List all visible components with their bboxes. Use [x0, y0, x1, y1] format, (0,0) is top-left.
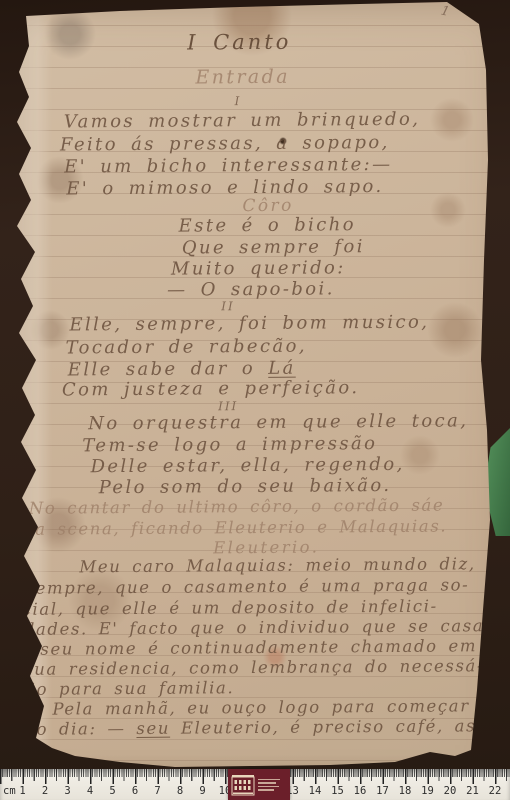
prose-line: rio para sua familia.: [20, 678, 234, 699]
ruler-number: 2: [42, 785, 48, 797]
ruler-number: 8: [177, 785, 183, 797]
verse-line: Delle estar, ella, regendo,: [90, 454, 404, 477]
ruler-number: 5: [109, 785, 115, 797]
prose-line: o dia: — seu Eleuterio, é preciso café, …: [37, 716, 510, 739]
stage-direction-line: No cantar do ultimo côro, o cordão sáe: [29, 496, 445, 518]
verse-line: No orquestra em que elle toca,: [88, 410, 468, 434]
verse-line: Feito ás pressas, a sopapo,: [60, 132, 390, 156]
roman-numeral-2: II: [221, 299, 235, 313]
verse-text: Elle sabe dar o: [68, 358, 269, 381]
ruler-number: 3: [64, 785, 70, 797]
verse-line: E' o mimoso e lindo sapo.: [66, 176, 383, 199]
verse-line: Pelo som do seu baixão.: [99, 475, 392, 498]
verse-line: E' um bicho interessante:—: [64, 154, 393, 178]
verse-line: Vamos mostrar um brinquedo,: [64, 109, 421, 133]
prose-text: Eleuterio, é preciso café, assuca: [170, 716, 510, 738]
underlined-word: seu: [136, 719, 170, 738]
archive-building-icon: [231, 774, 255, 796]
ruler-number: 20: [444, 785, 457, 797]
ruler-number: 22: [489, 785, 502, 797]
photographed-manuscript-scan: 1 I Canto Entrada I Vamos mostrar um bri…: [0, 0, 510, 800]
prose-line: Pela manhã, eu ouço logo para começar: [52, 696, 469, 718]
verse-line: Com justeza e perfeição.: [62, 377, 360, 400]
prose-line: o seu nome é continuadamente chamado em: [18, 636, 477, 659]
chorus-line: Que sempre foi: [182, 236, 365, 258]
handwritten-text: 1 I Canto Entrada I Vamos mostrar um bri…: [0, 0, 510, 800]
canto-title: I Canto: [187, 30, 291, 55]
ruler-number: 18: [399, 785, 412, 797]
entrada-heading: Entrada: [195, 66, 290, 89]
ruler-number: 14: [309, 785, 322, 797]
ruler-number: 15: [331, 785, 344, 797]
verse-line: Tem-se logo a impressão: [82, 433, 377, 456]
prose-line: cial, que elle é um deposito de infelici…: [22, 597, 438, 619]
chorus-line: Este é o bicho: [179, 214, 356, 236]
manuscript-page: 1 I Canto Entrada I Vamos mostrar um bri…: [0, 0, 510, 800]
chorus-line: Muito querido:: [171, 257, 346, 279]
prose-line: dades. E' facto que o individuo que se c…: [24, 616, 485, 639]
measurement-ruler: cm 1 2 3 4 5 6 7 8 9 10 13 14 15 16 17 1…: [0, 769, 510, 800]
ruler-number: 21: [466, 785, 479, 797]
archive-logo-text-lines: [258, 779, 287, 791]
speaker-name: Eleuterio.: [213, 537, 319, 557]
ruler-number: 16: [354, 785, 367, 797]
chorus-line: — O sapo-boi.: [167, 278, 335, 300]
roman-numeral-1: I: [235, 94, 242, 108]
ruler-number: 19: [421, 785, 434, 797]
prose-line: sua residencia, como lembrança do necess…: [24, 656, 484, 679]
ruler-number: 9: [199, 785, 205, 797]
ruler-unit-label: cm: [3, 785, 16, 797]
ruler-number: 1: [19, 785, 25, 797]
prose-text: o dia: —: [37, 719, 137, 739]
stage-direction-line: da scena, ficando Eleuterio e Malaquias.: [23, 516, 447, 538]
verse-line: Elle, sempre, foi bom musico,: [69, 312, 429, 336]
coro-heading: Côro: [242, 196, 293, 216]
prose-line: sempre, que o casamento é uma praga so-: [25, 575, 469, 597]
archive-logo: [228, 769, 290, 800]
page-number: 1: [439, 3, 453, 20]
underlined-word: Lá: [268, 358, 296, 379]
ruler-number: 17: [376, 785, 389, 797]
ruler-number: 4: [87, 785, 93, 797]
ruler-number: 7: [154, 785, 160, 797]
prose-line: Meu caro Malaquias: meio mundo diz,: [79, 554, 476, 576]
verse-line: Tocador de rabecão,: [66, 336, 307, 359]
ruler-number: 6: [132, 785, 138, 797]
